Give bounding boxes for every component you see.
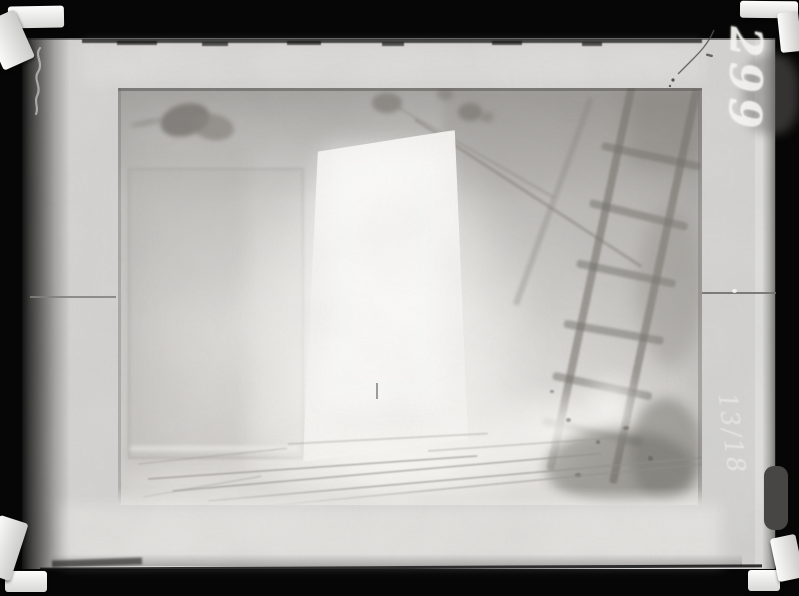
clip-bottom-right: [748, 570, 780, 591]
film-grain-overlay: [22, 38, 776, 569]
photo-plate: 299 13/18: [22, 38, 776, 569]
scanned-negative-viewer: 299 13/18: [0, 0, 799, 596]
holder-dark-tab: [764, 466, 788, 530]
clip-top-right-arm: [777, 11, 799, 53]
